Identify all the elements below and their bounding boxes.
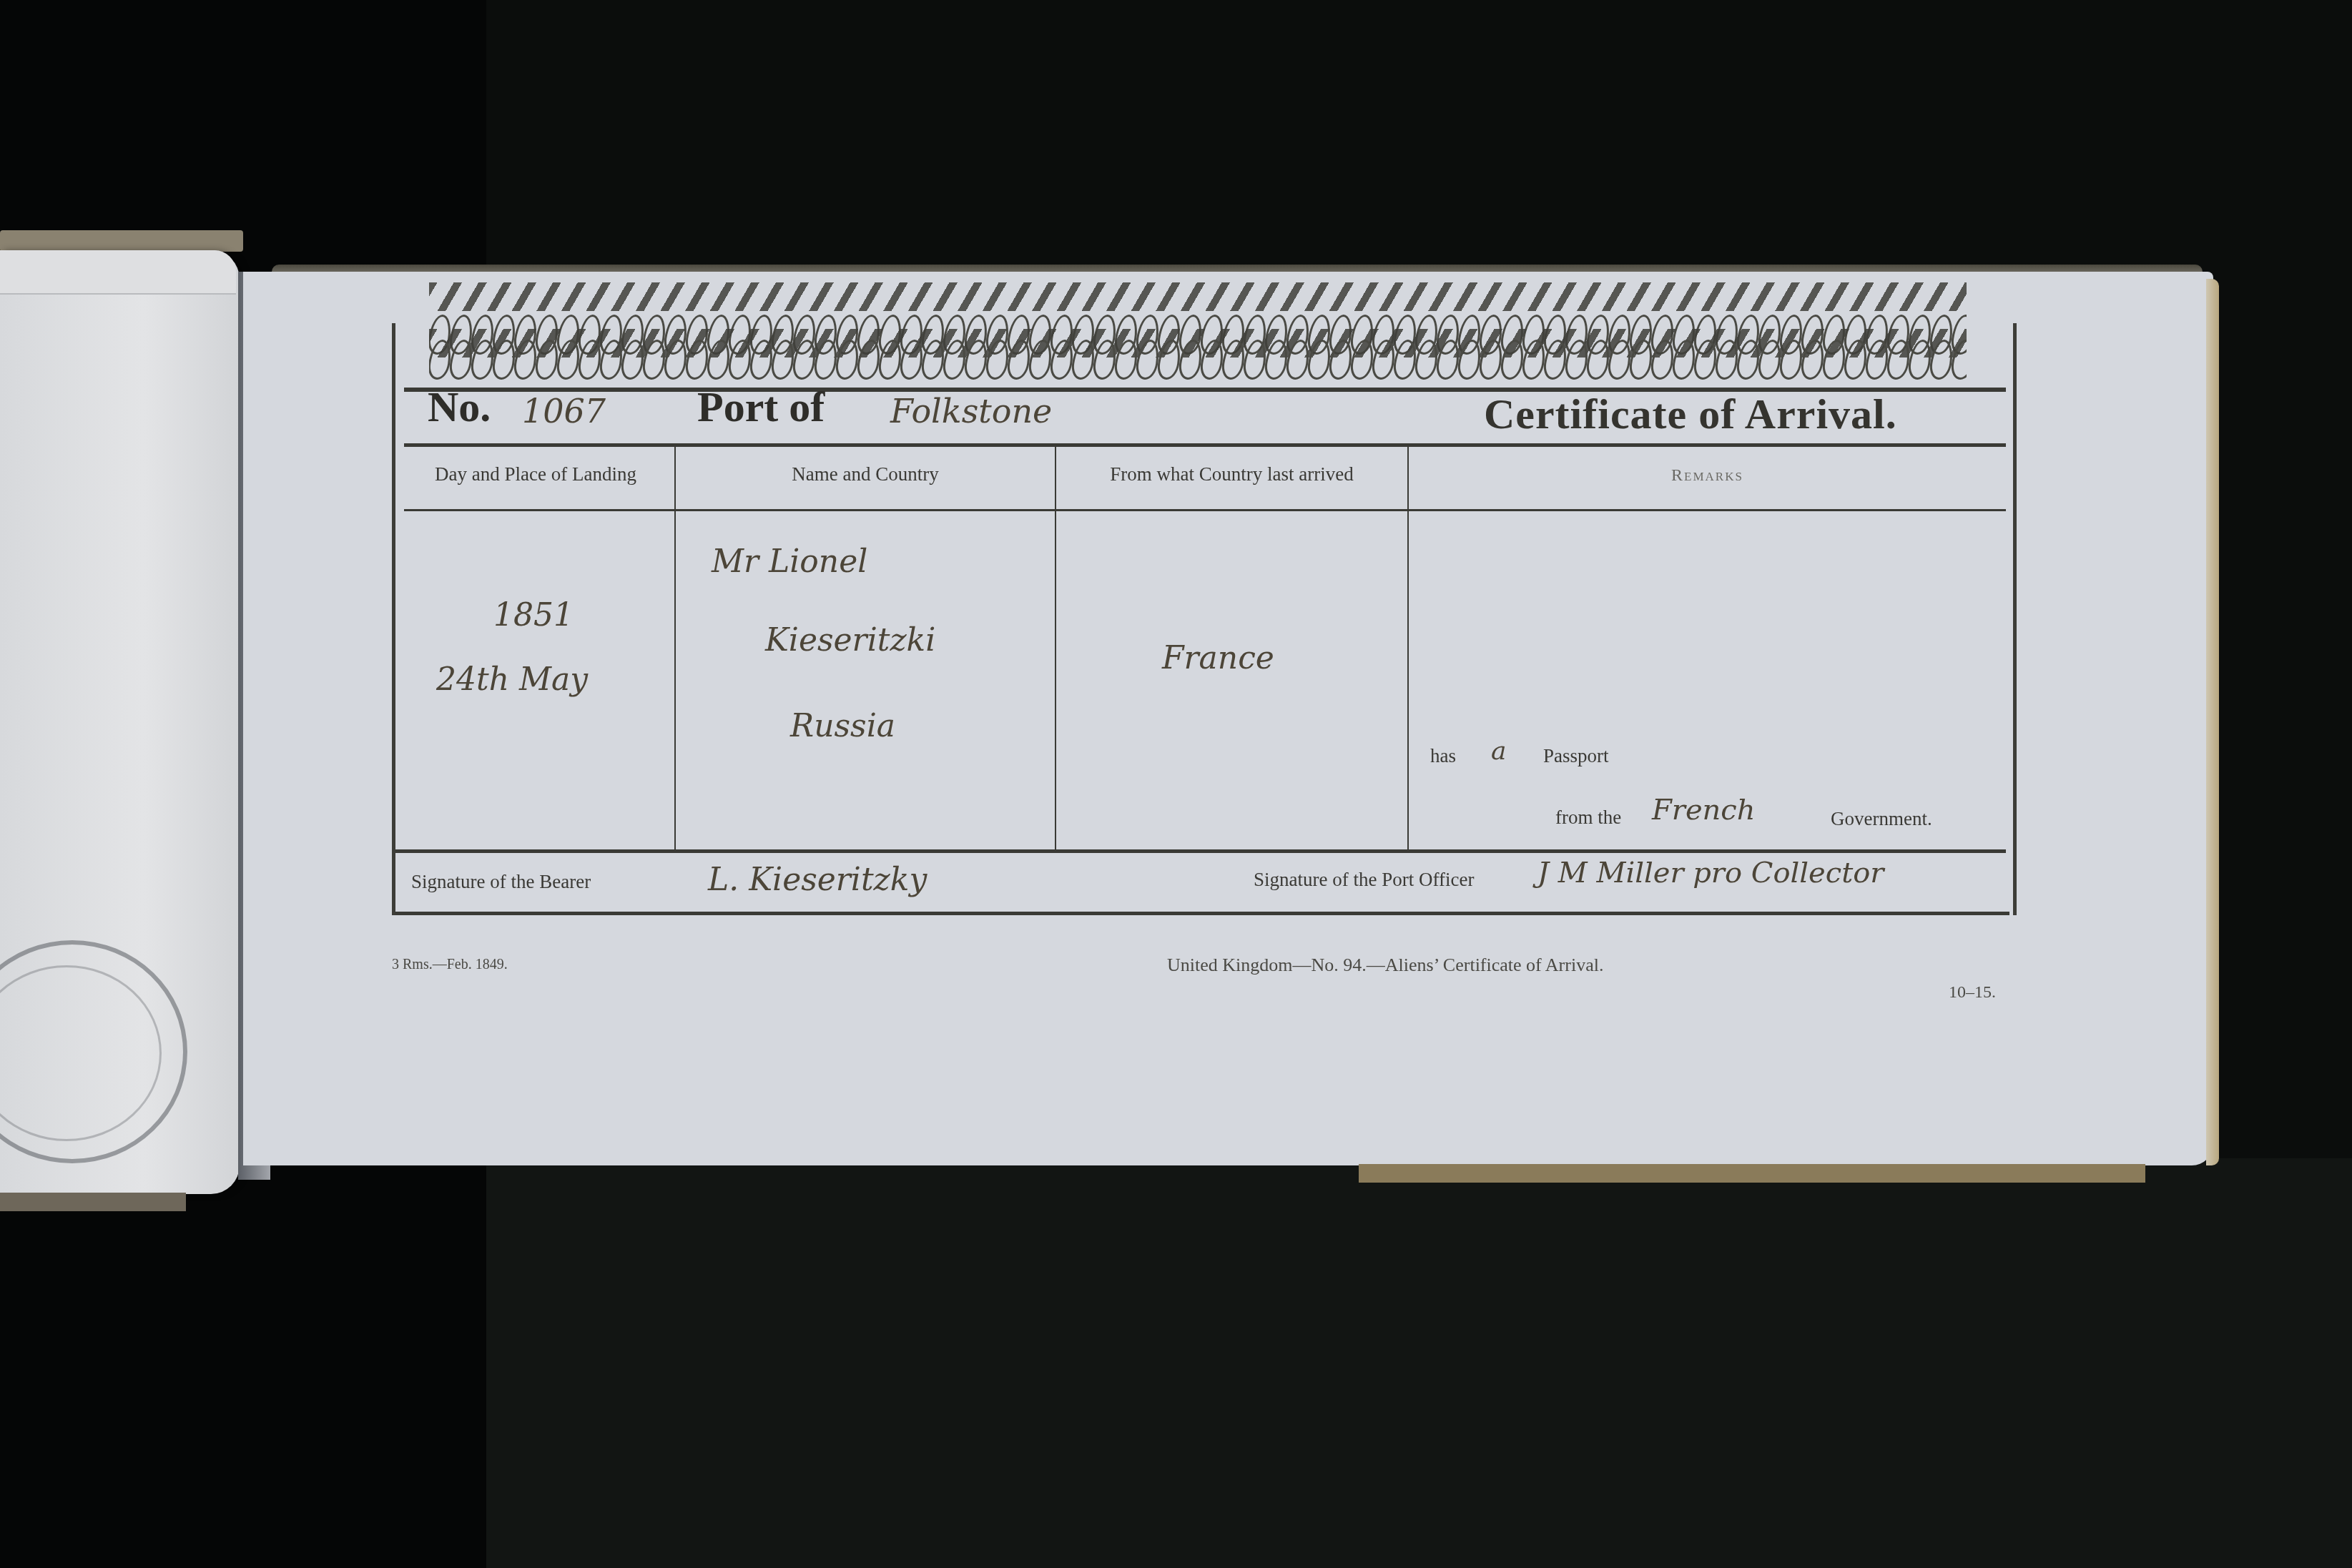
dark-backdrop-lower — [486, 1158, 2352, 1568]
remarks-has-value: a — [1491, 736, 1506, 766]
remarks-has-label: has — [1430, 745, 1456, 767]
previous-page-fold — [0, 250, 236, 295]
landing-day: 24th May — [436, 661, 588, 698]
scrollwork-loops-lower — [429, 340, 1967, 390]
book-binding-bottom — [0, 1193, 186, 1211]
officer-signature-label: Signature of the Port Officer — [1254, 869, 1474, 891]
name-line-2: Kieseritzki — [765, 622, 935, 659]
remarks-from-label: from the — [1555, 807, 1621, 829]
column-divider-1 — [674, 446, 676, 851]
column-header-landing: Day and Place of Landing — [397, 463, 674, 485]
landing-year: 1851 — [493, 597, 574, 633]
rule-frame-bottom — [395, 912, 2009, 915]
bearer-signature-label: Signature of the Bearer — [411, 871, 591, 893]
column-divider-3 — [1407, 446, 1409, 851]
column-header-from-country: From what Country last arrived — [1056, 463, 1407, 485]
officer-signature-value: J M Miller pro Collector — [1537, 857, 1884, 889]
printer-note: 3 Rms.—Feb. 1849. — [392, 957, 508, 973]
page-bottom-edge — [1359, 1164, 2145, 1183]
form-number-value: 1067 — [522, 392, 606, 430]
scrollwork-band-upper — [429, 282, 1967, 311]
form-number-label: No. — [428, 383, 491, 432]
column-divider-2 — [1055, 446, 1056, 851]
name-line-1: Mr Lionel — [712, 543, 867, 580]
name-line-3-country: Russia — [790, 708, 895, 744]
rule-title-bottom — [404, 443, 2006, 447]
remarks-passport-label: Passport — [1543, 745, 1609, 767]
from-country-value: France — [1162, 640, 1274, 676]
port-value: Folkstone — [890, 392, 1052, 430]
page-right-edge — [2206, 279, 2219, 1165]
rule-body-bottom — [395, 849, 2006, 853]
book-binding-top — [0, 230, 243, 252]
rule-header-bottom — [404, 509, 2006, 511]
certificate-title: Certificate of Arrival. — [1484, 390, 1897, 439]
column-header-remarks: Remarks — [1409, 466, 2006, 485]
page-reference: 10–15. — [1949, 983, 1996, 1002]
form-footer-title: United Kingdom—No. 94.—Aliens’ Certifica… — [1167, 955, 1603, 976]
previous-page — [0, 250, 240, 1194]
bearer-signature-value: L. Kieseritzky — [708, 862, 927, 898]
remarks-from-value: French — [1652, 794, 1755, 827]
column-header-name: Name and Country — [676, 463, 1055, 485]
port-label: Port of — [697, 383, 825, 432]
remarks-government-label: Government. — [1831, 808, 1932, 830]
